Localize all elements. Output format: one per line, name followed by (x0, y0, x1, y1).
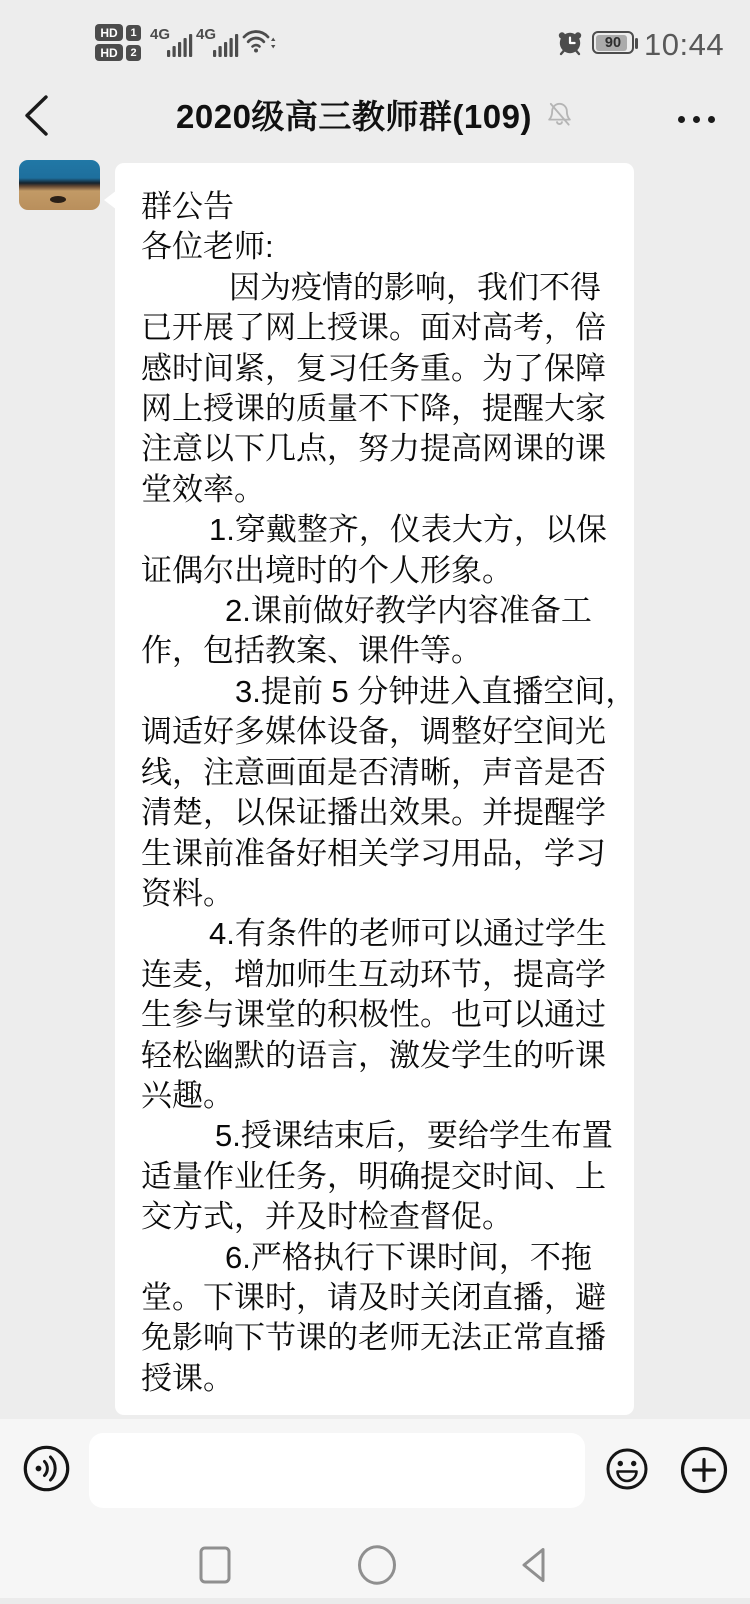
announcement-line: 网上授课的质量不下降，提醒大家 (141, 389, 620, 429)
announcement-line: 堂效率。 (141, 470, 620, 510)
avatar-photo-detail (50, 196, 66, 203)
announcement-line: 生参与课堂的积极性。也可以通过 (141, 995, 620, 1035)
hd-voice-sim1-icon: HD 1 (95, 24, 141, 41)
signal-sim1-icon: 4G (150, 26, 196, 58)
battery-icon: 90 (592, 31, 634, 54)
announcement-line: 3.提前 5 分钟进入直播空间， (141, 672, 620, 712)
system-recents-button[interactable] (199, 1546, 231, 1584)
emoji-button[interactable] (606, 1448, 648, 1490)
announcement-line: 6.严格执行下课时间，不拖 (141, 1238, 620, 1278)
battery-percent: 90 (594, 33, 632, 52)
battery-cap (635, 38, 639, 49)
voice-input-button[interactable] (23, 1445, 70, 1492)
announcement-line: 1.穿戴整齐，仪表大方，以保 (141, 510, 620, 550)
announcement-line: 因为疫情的影响，我们不得 (141, 268, 620, 308)
announcement-line: 免影响下节课的老师无法正常直播 (141, 1318, 620, 1358)
chat-header: 2020级高三教师群(109) (0, 88, 750, 140)
status-bar-sim-indicators: HD 1 HD 2 (95, 24, 141, 64)
hd-voice-sim2-icon: HD 2 (95, 44, 141, 61)
bubble-tail (104, 190, 117, 210)
sender-avatar[interactable] (19, 160, 100, 210)
announcement-line: 生课前准备好相关学习用品，学习 (141, 834, 620, 874)
announcement-line: 证偶尔出境时的个人形象。 (141, 551, 620, 591)
announcement-line: 堂。下课时，请及时关闭直播，避 (141, 1278, 620, 1318)
announcement-line: 调适好多媒体设备，调整好空间光 (141, 712, 620, 752)
more-options-button[interactable] (664, 102, 728, 136)
screen-bottom-edge (0, 1598, 750, 1604)
announcement-line: 5.授课结束后，要给学生布置 (141, 1116, 620, 1156)
message-text-input[interactable] (89, 1433, 585, 1508)
hd-badge: HD (95, 44, 123, 61)
announcement-line: 轻松幽默的语言，激发学生的听课 (141, 1036, 620, 1076)
system-home-button[interactable] (357, 1545, 397, 1585)
group-chat-title: 2020级高三教师群(109) (176, 91, 532, 138)
alarm-clock-icon (556, 29, 584, 57)
muted-bell-icon (545, 99, 574, 129)
announcement-line: 兴趣。 (141, 1076, 620, 1116)
ellipsis-icon (678, 116, 715, 123)
announcement-line: 各位老师: (141, 227, 620, 267)
announcement-line: 2.课前做好教学内容准备工 (141, 591, 620, 631)
announcement-line: 适量作业任务，明确提交时间、上 (141, 1157, 620, 1197)
announcement-line: 已开展了网上授课。面对高考，倍 (141, 308, 620, 348)
announcement-line: 注意以下几点，努力提高网课的课 (141, 429, 620, 469)
more-functions-button[interactable] (680, 1446, 728, 1494)
hd-badge: HD (95, 24, 123, 41)
sim2-number-badge: 2 (126, 45, 141, 61)
announcement-line: 4.有条件的老师可以通过学生 (141, 914, 620, 954)
sim1-number-badge: 1 (126, 25, 141, 41)
signal-sim2-icon: 4G (196, 26, 242, 58)
system-back-button[interactable] (516, 1546, 548, 1584)
announcement-text: 群公告各位老师:因为疫情的影响，我们不得已开展了网上授课。面对高考，倍感时间紧，… (141, 187, 620, 1399)
announcement-line: 作，包括教案、课件等。 (141, 631, 620, 671)
announcement-line: 交方式，并及时检查督促。 (141, 1197, 620, 1237)
message-bubble[interactable]: 群公告各位老师:因为疫情的影响，我们不得已开展了网上授课。面对高考，倍感时间紧，… (115, 163, 634, 1415)
announcement-line: 感时间紧，复习任务重。为了保障 (141, 349, 620, 389)
announcement-line: 资料。 (141, 874, 620, 914)
announcement-line: 群公告 (141, 187, 620, 227)
chat-input-bar (0, 1419, 750, 1604)
wechat-group-chat-screen: HD 1 HD 2 4G 4G (0, 0, 750, 1604)
signal-bars-icon (213, 33, 240, 57)
signal-bars-icon (167, 33, 194, 57)
announcement-line: 授课。 (141, 1359, 620, 1399)
wifi-icon (242, 27, 276, 55)
status-bar-clock: 10:44 (644, 27, 724, 63)
announcement-line: 清楚，以保证播出效果。并提醒学 (141, 793, 620, 833)
announcement-line: 线，注意画面是否清晰，声音是否 (141, 753, 620, 793)
announcement-line: 连麦，增加师生互动环节，提高学 (141, 955, 620, 995)
